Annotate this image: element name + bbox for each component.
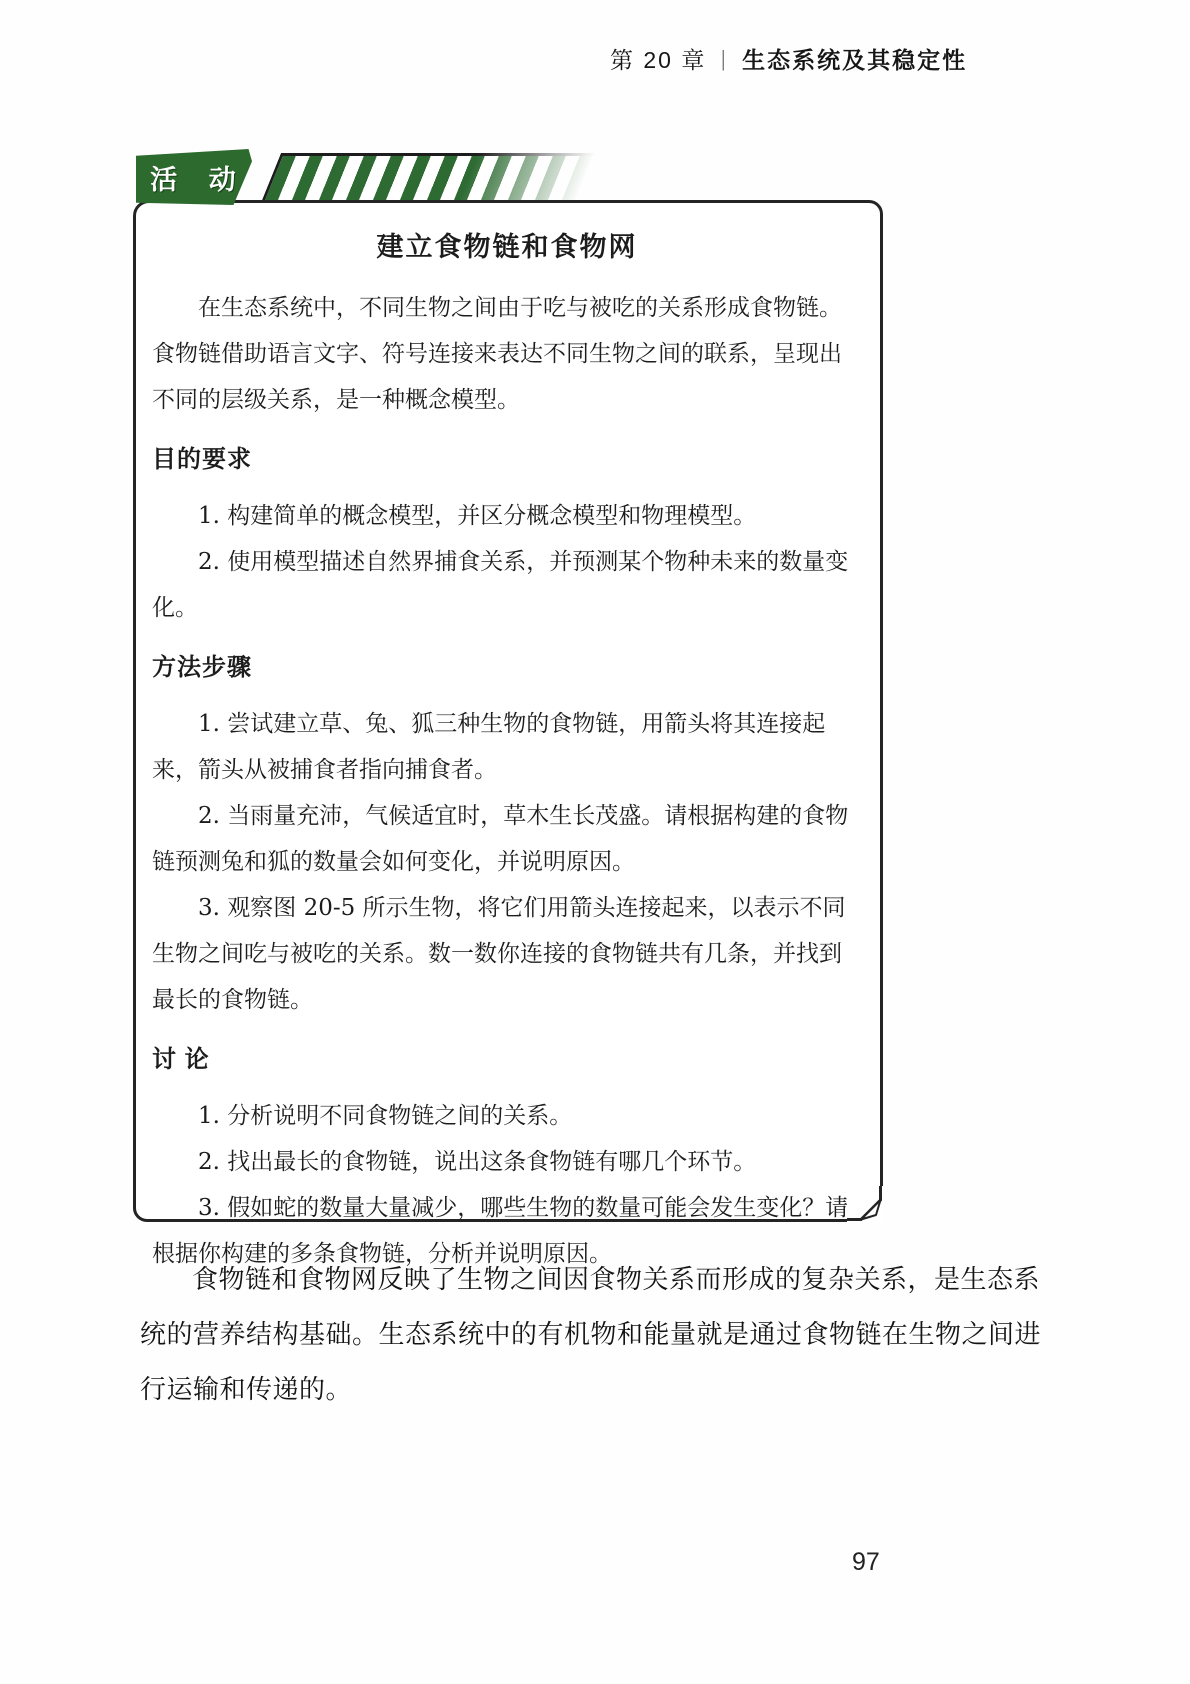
step-item: 1. 尝试建立草、兔、狐三种生物的食物链，用箭头将其连接起来，箭头从被捕食者指向… [152,701,862,793]
section-heading-goals: 目的要求 [152,437,862,483]
activity-tab-label: 活 动 [140,158,248,197]
activity-tab: 活 动 [136,149,252,205]
section-heading-steps: 方法步骤 [152,645,862,691]
activity-content: 建立食物链和食物网 在生态系统中，不同生物之间由于吃与被吃的关系形成食物链。食物… [152,225,862,1277]
section-title: 生态系统及其稳定性 [742,42,967,75]
page-number: 97 [852,1548,880,1577]
activity-intro-paragraph: 在生态系统中，不同生物之间由于吃与被吃的关系形成食物链。食物链借助语言文字、符号… [152,285,862,423]
step-item: 3. 观察图 20-5 所示生物，将它们用箭头连接起来，以表示不同生物之间吃与被… [152,885,862,1023]
page-curl-icon [847,1186,883,1222]
activity-box: 建立食物链和食物网 在生态系统中，不同生物之间由于吃与被吃的关系形成食物链。食物… [133,200,883,1222]
goal-item: 1. 构建简单的概念模型，并区分概念模型和物理模型。 [152,493,862,539]
discussion-item: 1. 分析说明不同食物链之间的关系。 [152,1093,862,1139]
activity-title: 建立食物链和食物网 [152,225,862,271]
step-item: 2. 当雨量充沛，气候适宜时，草木生长茂盛。请根据构建的食物链预测兔和狐的数量会… [152,793,862,885]
chapter-label: 第 20 章 [610,42,706,75]
closing-paragraph: 食物链和食物网反映了生物之间因食物关系而形成的复杂关系，是生态系统的营养结构基础… [140,1252,1062,1417]
goal-item: 2. 使用模型描述自然界捕食关系，并预测某个物种未来的数量变化。 [152,539,862,631]
activity-stripes-decoration [262,153,599,200]
section-heading-discussion: 讨 论 [152,1037,862,1083]
running-head: 第 20 章 | 生态系统及其稳定性 [610,42,967,75]
discussion-item: 2. 找出最长的食物链，说出这条食物链有哪几个环节。 [152,1139,862,1185]
header-separator: | [722,46,727,72]
textbook-page: 第 20 章 | 生态系统及其稳定性 活 动 建立食物链和食物网 在生态系统中，… [0,0,1190,1684]
